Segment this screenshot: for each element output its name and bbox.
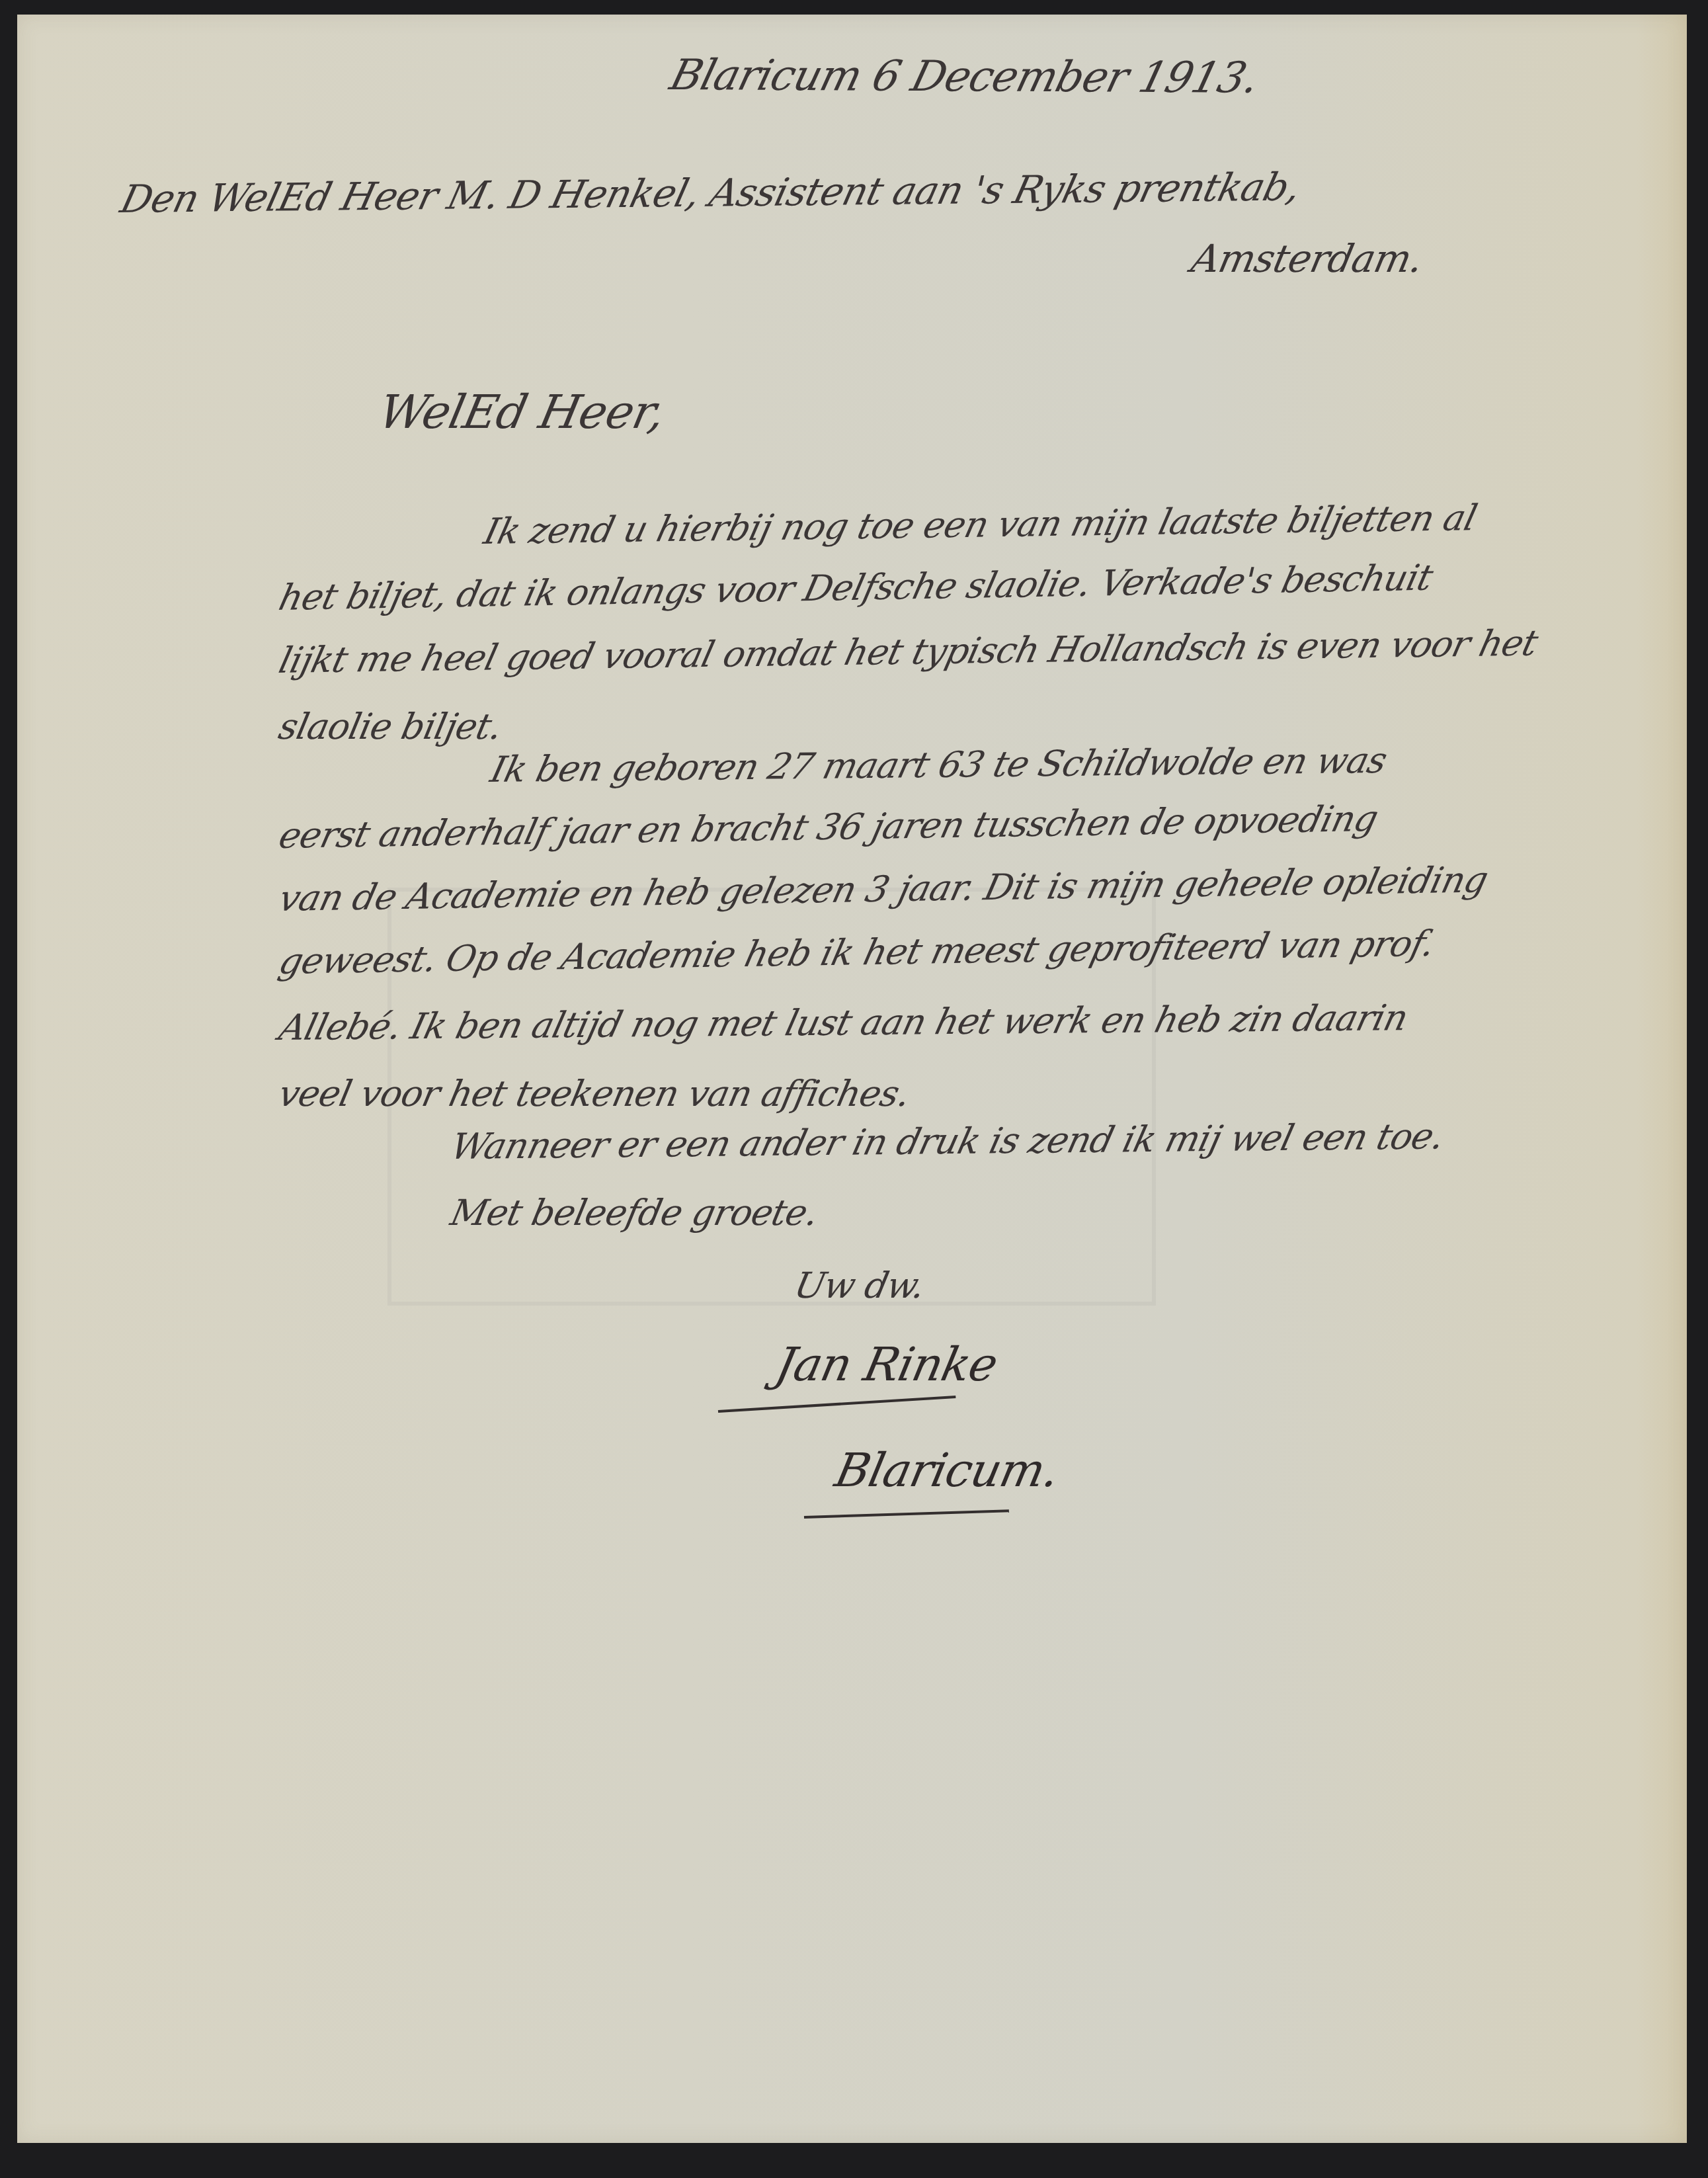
- body-line-2: het biljet, dat ik onlangs voor Delfsche…: [275, 557, 1436, 618]
- body-line-10: veel voor het teekenen van affiches.: [275, 1073, 913, 1114]
- body-line-3: lijkt me heel goed vooral omdat het typi…: [275, 622, 1541, 681]
- salutation: WelEd Heer,: [374, 385, 670, 439]
- body-line-12: Met beleefde groete.: [447, 1192, 822, 1234]
- letter-paper: Blaricum 6 December 1913. Den WelEd Heer…: [17, 15, 1687, 2143]
- addressee-line-2: Amsterdam.: [1188, 236, 1427, 281]
- body-line-1: Ik zend u hierbij nog toe een van mijn l…: [480, 497, 1481, 552]
- dateline: Blaricum 6 December 1913.: [665, 51, 1264, 103]
- addressee-line-1: Den WelEd Heer M. D Henkel, Assistent aa…: [116, 164, 1305, 222]
- body-line-4: slaolie biljet.: [275, 706, 505, 747]
- place-underline: [804, 1509, 1009, 1519]
- signature-underline: [718, 1396, 956, 1413]
- signature-place: Blaricum.: [831, 1443, 1064, 1497]
- closing: Uw dw.: [791, 1265, 928, 1306]
- body-line-6: eerst anderhalf jaar en bracht 36 jaren …: [275, 798, 1382, 857]
- body-line-5: Ik ben geboren 27 maart 63 te Schildwold…: [487, 739, 1391, 790]
- signature-name: Jan Rinke: [771, 1337, 1002, 1392]
